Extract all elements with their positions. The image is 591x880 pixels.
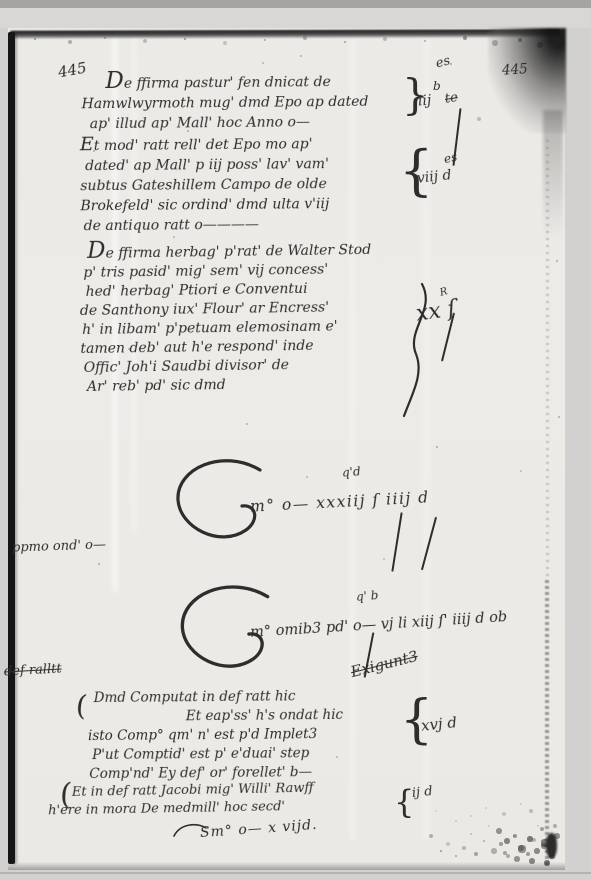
page-top-edge [10, 29, 560, 38]
page-left-black-border [8, 32, 15, 864]
ink-blot [546, 833, 557, 858]
amount-annotation: ij d [411, 785, 433, 801]
entry-line: ap' illud ap' Mall' hoc Anno o— [90, 112, 369, 134]
entry-line: subtus Gateshillem Campo de olde [80, 174, 369, 197]
scanner-upper-gap [0, 8, 591, 28]
scan-noise-line [545, 580, 549, 865]
scan-noise-patch [496, 820, 498, 822]
entry-line: dated' ap Mall' p iij poss' lav' vam' [85, 154, 369, 176]
margin-note: def ralltt [4, 663, 62, 680]
scan-noise-line [546, 140, 549, 580]
entry-line: isto Comp° qm' n' est p'd Implet3 [88, 725, 343, 746]
entry-4: Et in def ratt Jacobi mig' Willi' Rawff … [48, 780, 314, 820]
scanner-bottom-line [0, 872, 591, 874]
entry-line: Ar' reb' pd' sic dmd [87, 374, 373, 397]
scanner-top-strip [0, 0, 591, 8]
flourish-mark: es [443, 151, 459, 167]
folio-number-right: 445 [502, 62, 529, 78]
amount-superscript: b [433, 80, 441, 93]
entry-line: Brokefeld' sic ordind' dmd ulta v'iij [80, 194, 369, 217]
scan-noise-dots [0, 0, 2, 2]
amount-annotation: xvj d [420, 714, 457, 734]
manuscript-scan: 445 445 es De ffirma pastur' fen dnicat … [0, 0, 591, 880]
entry-line: de antiquo ratt o———— [84, 214, 370, 236]
sum-superscript: q' b [355, 589, 379, 604]
entry-line: Dmd Computat in def ratt hic [94, 687, 343, 708]
entry-line: Hamwlwyrmoth mug' dmd Epo ap dated [81, 92, 368, 115]
entry-1: De ffirma pastur' fen dnicat de Hamwlwyr… [79, 69, 369, 237]
amount-annotation: iij [417, 93, 432, 109]
cancelled-amount: te [444, 91, 459, 107]
entry-line: Et eap'ss' h's ondat hic [186, 706, 343, 726]
entry-line: De ffirma pastur' fen dnicat de [105, 69, 368, 94]
entry-line: P'ut Comptid' est p' e'duai' step [92, 744, 343, 765]
entry-line: Et mod' ratt rell' det Epo mo ap' [80, 132, 369, 157]
entry-2: De ffirma herbag' p'rat' de Walter Stod … [77, 238, 373, 397]
page-bottom-edge [8, 862, 565, 870]
entry-3: Dmd Computat in def ratt hic Et eap'ss' … [88, 687, 344, 784]
sum-superscript: q'd [341, 465, 361, 480]
